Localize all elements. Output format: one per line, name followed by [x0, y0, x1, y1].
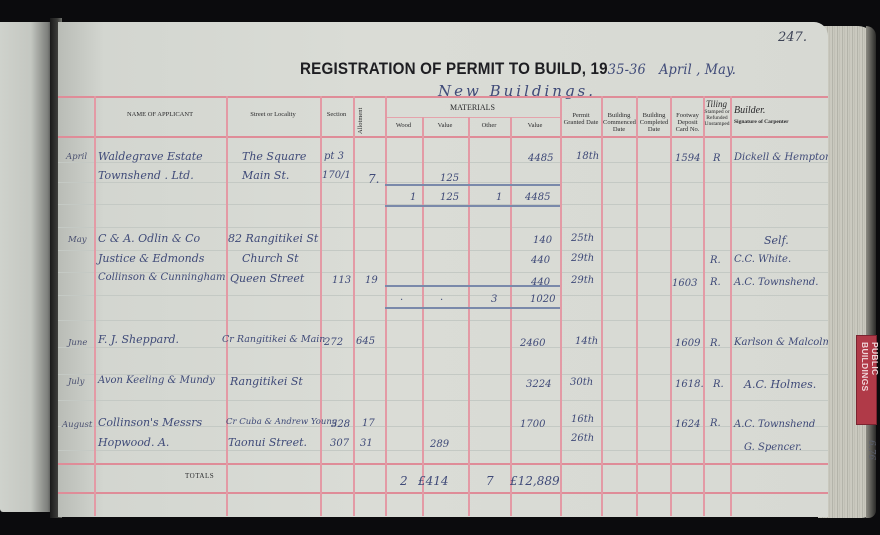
entry-name: C & A. Odlin & Co — [98, 232, 200, 245]
title-printed: REGISTRATION OF PERMIT TO BUILD, 19 — [300, 60, 608, 78]
entry-street: Cr Cuba & Andrew Young — [226, 417, 337, 427]
header-permit-granted: Permit Granted Date — [563, 113, 599, 127]
edge-note: 6.76 — [866, 440, 876, 460]
entry-permit-date: 29th — [571, 253, 594, 264]
page-title: REGISTRATION OF PERMIT TO BUILD, 1935-36… — [300, 60, 736, 79]
rule — [58, 400, 828, 401]
subtotal-wood: . — [400, 292, 403, 303]
entry-status: R. — [710, 418, 721, 429]
entry-other-value: 2460 — [520, 338, 545, 349]
entry-street: The Square — [242, 150, 306, 163]
column-divider — [703, 96, 705, 516]
entry-signature: C.C. White. — [734, 254, 791, 265]
entry-section: pt 3 — [324, 151, 344, 162]
column-divider — [353, 96, 355, 516]
column-divider — [636, 96, 638, 516]
entry-card-no: 1594 — [675, 153, 700, 164]
entry-allotment: 7. — [368, 172, 379, 186]
totals-wood-value: £414 — [418, 474, 449, 488]
column-divider — [385, 96, 387, 516]
header-wood: Wood — [385, 123, 422, 130]
entry-street: Queen Street — [230, 272, 304, 285]
header-building-completed: Building Completed Date — [638, 113, 670, 133]
entry-other-value: 3224 — [526, 379, 551, 390]
column-divider — [560, 96, 562, 516]
subtotal-other: 3 — [491, 294, 497, 305]
subtotal-line — [385, 205, 560, 207]
header-building-commenced: Building Commenced Date — [603, 113, 635, 133]
entry-allotment: 19 — [365, 275, 378, 286]
title-year: 35-36 — [608, 62, 646, 78]
rule — [58, 463, 828, 465]
entry-street: 82 Rangitikei St — [228, 232, 318, 245]
rule — [385, 117, 560, 118]
subtotal-other-value: 4485 — [525, 192, 550, 203]
subtotal-wood: 1 — [410, 192, 416, 203]
column-divider — [670, 96, 672, 516]
entry-signature: Karlson & Malcolm — [734, 337, 828, 348]
entry-status: R — [713, 153, 721, 164]
entry-month: August — [62, 420, 92, 430]
entry-card-no: 1603 — [672, 278, 697, 289]
entry-card-no: 1618. — [675, 379, 704, 390]
entry-street: Main St. — [242, 169, 289, 182]
entry-other-value: 440 — [531, 255, 550, 266]
entry-permit-date: 16th — [571, 414, 594, 425]
entry-permit-date: 30th — [570, 377, 593, 388]
subtotal-other: 1 — [496, 192, 502, 203]
column-divider — [510, 117, 512, 516]
rule — [58, 320, 828, 321]
rule — [58, 450, 828, 451]
entry-status: R. — [710, 255, 721, 266]
column-divider — [468, 117, 470, 516]
header-other: Other — [468, 123, 510, 130]
column-divider — [226, 96, 228, 516]
entry-status: R. — [710, 338, 721, 349]
entry-street: Rangitikei St — [230, 375, 303, 388]
entry-other-value: 4485 — [528, 153, 553, 164]
subtotal-line — [385, 184, 560, 186]
index-tab-public-buildings[interactable]: PUBLIC BUILDINGS — [856, 335, 877, 425]
entry-street: Taonui Street. — [228, 436, 307, 449]
entry-permit-date: 25th — [571, 233, 594, 244]
header-signature: Signature of Carpenter — [734, 120, 824, 126]
totals-label: TOTALS — [185, 472, 214, 480]
header-name: NAME OF APPLICANT — [94, 112, 226, 119]
entry-allotment: 31 — [360, 438, 373, 449]
column-divider — [422, 117, 424, 516]
entry-signature: G. Spencer. — [744, 442, 802, 453]
entry-street: Church St — [242, 252, 299, 265]
entry-street: Cr Rangitikei & Main — [222, 334, 325, 345]
entry-wood-value: 125 — [440, 173, 459, 184]
left-page — [0, 22, 56, 512]
rule — [58, 227, 828, 228]
entry-name: Hopwood. A. — [98, 436, 169, 449]
rule — [58, 250, 828, 251]
entry-signature: Dickell & Hempton — [734, 152, 828, 163]
entry-section: 113 — [332, 275, 351, 286]
rule — [58, 96, 828, 98]
entry-status: R. — [710, 277, 721, 288]
entry-permit-date: 14th — [575, 336, 598, 347]
entry-name: F. J. Sheppard. — [98, 333, 179, 346]
entry-status: R. — [713, 379, 724, 390]
entry-name: Collinson's Messrs — [98, 416, 202, 429]
entry-section: 272 — [324, 337, 343, 348]
entry-name: Townshend . Ltd. — [98, 169, 194, 182]
header-section: Section — [320, 112, 353, 119]
entry-section: 328 — [331, 419, 350, 430]
entry-name: Collinson & Cunningham — [98, 272, 225, 283]
entry-permit-date: 18th — [576, 151, 599, 162]
subtotal-wood-value: . — [440, 292, 443, 303]
page-number: 247. — [778, 30, 807, 45]
entry-signature: A.C. Townshend. — [734, 277, 818, 288]
column-divider — [601, 96, 603, 516]
entry-signature: A.C. Townshend — [734, 419, 815, 430]
column-divider — [320, 96, 322, 516]
subtotal-line — [385, 307, 560, 309]
entry-month: July — [68, 377, 84, 387]
entry-signature: Self. — [764, 234, 789, 247]
entry-card-no: 1624 — [675, 419, 700, 430]
entry-section: 307 — [330, 438, 349, 449]
header-signature-handwritten: Builder. — [734, 106, 784, 117]
totals-other-value: £12,889 — [510, 474, 560, 488]
entry-other-value: 140 — [533, 235, 552, 246]
entry-wood-value: 289 — [430, 439, 449, 450]
entry-signature: A.C. Holmes. — [744, 378, 816, 391]
subtotal-wood-value: 125 — [440, 192, 459, 203]
header-footway-status: Stamped or Refunded Unstamped — [704, 110, 730, 127]
header-materials: MATERIALS — [385, 104, 560, 112]
entry-month: April — [66, 152, 87, 162]
header-wood-value: Value — [422, 123, 468, 130]
header-allotment: Allotment — [358, 108, 380, 134]
totals-wood: 2 — [400, 474, 408, 488]
entry-permit-date: 29th — [571, 275, 594, 286]
entry-month: May — [68, 235, 87, 245]
rule — [58, 136, 828, 138]
title-months: April , May. — [659, 62, 736, 78]
header-footway-deposit: Footway Deposit Card No. — [672, 113, 703, 133]
entry-other-value: 440 — [531, 277, 550, 288]
entry-card-no: 1609 — [675, 338, 700, 349]
ledger-page: 247. REGISTRATION OF PERMIT TO BUILD, 19… — [58, 22, 828, 517]
entry-month: June — [68, 338, 87, 348]
header-street: Street or Locality — [226, 112, 320, 119]
header-other-value: Value — [510, 123, 560, 130]
subtotal-other-value: 1020 — [530, 294, 555, 305]
entry-name: Waldegrave Estate — [98, 150, 203, 163]
column-divider — [730, 96, 732, 516]
entry-allotment: 645 — [356, 336, 375, 347]
entry-permit-date: 26th — [571, 433, 594, 444]
rule — [58, 492, 828, 494]
entry-allotment: 17 — [362, 418, 375, 429]
index-tab-label: PUBLIC BUILDINGS — [860, 342, 880, 424]
entry-other-value: 1700 — [520, 419, 545, 430]
entry-name: Justice & Edmonds — [98, 252, 204, 265]
entry-section: 170/1 — [322, 170, 351, 181]
totals-other: 7 — [486, 474, 494, 488]
column-divider — [94, 96, 96, 516]
entry-name: Avon Keeling & Mundy — [98, 375, 215, 386]
